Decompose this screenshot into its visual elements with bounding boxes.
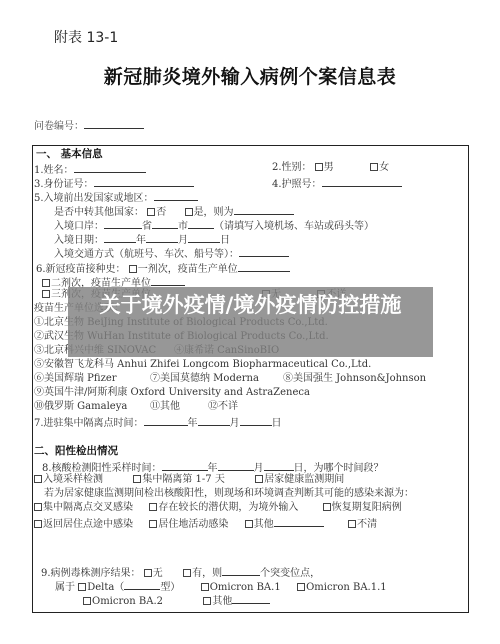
transit-yes-checkbox[interactable] (185, 208, 193, 216)
manufacturer-option-7: ⑦美国莫德纳 Moderna (150, 373, 259, 385)
name-label: 1.姓名： (34, 165, 74, 176)
month-label: 月 (230, 418, 240, 429)
period-home-label: 居家健康监测期间 (264, 474, 344, 485)
name-field[interactable] (74, 162, 146, 173)
variant-other-label: 其他 (212, 596, 232, 607)
transit-yes-label: 是，则为 (194, 207, 234, 218)
sequencing-label: 9.病例毒株测序结果： (41, 568, 141, 579)
period-question: 日，为哪个时间段？ (294, 463, 384, 474)
month-label: 月 (178, 235, 188, 246)
manufacturer-option-10: ⑩俄罗斯 Gamaleya (34, 401, 127, 413)
variant-row1: 属于 Delta（型） Omicron BA.1 Omicron BA.1.1 (55, 579, 387, 594)
manufacturer-option-6: ⑥美国辉瑞 Pfizer (34, 373, 117, 385)
source-incubation-label: 存在较长的潜伏期，为境外输入 (158, 502, 298, 513)
variant-ba2-checkbox[interactable] (83, 597, 91, 605)
manufacturer-option-12: ⑫不详 (208, 401, 238, 413)
source-options-row1: 集中隔离点交叉感染 存在较长的潜伏期，为境外输入 恢复期复阳病例 (34, 502, 402, 514)
port-row: 入境口岸：省市（请填写入境机场、车站或码头等） (54, 218, 374, 233)
source-transit-label: 返回居住点途中感染 (43, 519, 133, 530)
day-label: 日 (272, 418, 282, 429)
source-unclear-label: 不清 (357, 519, 377, 530)
seq-yes-label: 有，则 (192, 568, 222, 579)
quarantine-row: 7.进驻集中隔离点时间：年月日 (34, 415, 282, 430)
questionnaire-number-field[interactable] (84, 118, 144, 129)
gender-male-label: 男 (324, 162, 334, 173)
source-cross-infection-label: 集中隔离点交叉感染 (43, 502, 133, 513)
port-note: （请填写入境机场、车站或码头等） (214, 221, 374, 232)
id-row: 3.身份证号： (34, 176, 194, 191)
belongs-label: 属于 (55, 582, 75, 593)
delta-close-label: 型） (160, 582, 180, 593)
questionnaire-number: 问卷编号： (34, 117, 144, 132)
source-repositive-label: 恢复期复阳病例 (332, 502, 402, 513)
city-label: 市 (178, 221, 188, 232)
month-label: 月 (254, 463, 264, 474)
year-label: 年 (136, 235, 146, 246)
manufacturer-option-8: ⑧美国强生 Johnson&Johnson (283, 373, 426, 385)
sample-time-row: 8.核酸检测阳性采样时间：年月日，为哪个时间段？ (42, 460, 384, 475)
mutation-label: 个突变位点， (260, 568, 320, 579)
id-number-field[interactable] (94, 176, 194, 187)
dose2-checkbox[interactable] (42, 279, 50, 287)
departure-label: 5.入境前出发国家或地区： (34, 193, 154, 204)
seq-yes-checkbox[interactable] (183, 569, 191, 577)
gender-male-checkbox[interactable] (315, 163, 323, 171)
variant-delta-checkbox[interactable] (78, 583, 86, 591)
period-quarantine-checkbox[interactable] (133, 475, 141, 483)
transit-country-field[interactable] (234, 204, 294, 215)
entry-month-field[interactable] (146, 232, 178, 243)
transport-row: 入境交通方式（航班号、车次、船号等）： (54, 246, 289, 261)
entry-date-label: 入境日期： (54, 235, 104, 246)
period-quarantine-label: 集中隔离第 1-7 天 (142, 474, 224, 485)
variant-other-field[interactable] (232, 593, 270, 604)
day-label: 日 (220, 235, 230, 246)
source-cross-infection-checkbox[interactable] (34, 503, 42, 511)
home-monitoring-note: 若为居家健康监测期间检出核酸阳性，则现场和环境调查判断其可能的感染来源为： (44, 488, 414, 500)
dose2-manufacturer-field[interactable] (151, 275, 185, 286)
seq-none-label: 无 (153, 568, 163, 579)
manufacturer-option-11: ⑪其他 (150, 401, 180, 413)
port-label: 入境口岸： (54, 221, 104, 232)
gender-row: 2.性别： 男 女 (272, 162, 389, 174)
document-title: 新冠肺炎境外输入病例个案信息表 (0, 62, 500, 89)
section-basic-info-heading: 一、 基本信息 (36, 148, 103, 160)
year-label: 年 (188, 418, 198, 429)
sample-month-field[interactable] (218, 460, 254, 471)
caption-overlay: 关于境外疫情/境外疫情防控措施 (68, 287, 433, 357)
port-name-field[interactable] (188, 218, 214, 229)
sample-time-label: 8.核酸检测阳性采样时间： (42, 463, 162, 474)
caption-title: 关于境外疫情/境外疫情防控措施 (68, 291, 433, 320)
variant-other-checkbox[interactable] (203, 597, 211, 605)
passport-label: 4.护照号： (272, 179, 322, 190)
transit-no-checkbox[interactable] (147, 208, 155, 216)
quarantine-day-field[interactable] (240, 415, 272, 426)
delta-label: Delta（ (87, 582, 124, 593)
dose3-checkbox[interactable] (42, 290, 50, 298)
entry-date-row: 入境日期：年月日 (54, 232, 230, 247)
seq-none-checkbox[interactable] (144, 569, 152, 577)
source-other-field[interactable] (274, 516, 324, 527)
sample-year-field[interactable] (162, 460, 208, 471)
source-options-row2: 返回居住点途中感染 居住地活动感染 其他 不清 (34, 516, 377, 531)
source-incubation-checkbox[interactable] (149, 503, 157, 511)
vaccine-row: 6.新冠疫苗接种史： 一剂次，疫苗生产单位 (36, 261, 290, 276)
source-residence-label: 居住地活动感染 (158, 519, 228, 530)
departure-field[interactable] (154, 190, 198, 201)
variant-row2: Omicron BA.2 其他 (83, 593, 270, 608)
entry-year-field[interactable] (104, 232, 136, 243)
departure-row: 5.入境前出发国家或地区： (34, 190, 198, 205)
ba11-label: Omicron BA.1.1 (306, 582, 387, 593)
vaccine-label: 6.新冠疫苗接种史： (36, 264, 126, 275)
passport-row: 4.护照号： (272, 176, 402, 191)
dose1-manufacturer-field[interactable] (238, 261, 290, 272)
period-options-row: 入境采样检测 集中隔离第 1-7 天 居家健康监测期间 (34, 474, 344, 486)
source-repositive-checkbox[interactable] (323, 503, 331, 511)
period-entry-label: 入境采样检测 (43, 474, 103, 485)
id-label: 3.身份证号： (34, 179, 94, 190)
questionnaire-number-label: 问卷编号： (34, 121, 84, 132)
entry-day-field[interactable] (188, 232, 220, 243)
gender-female-checkbox[interactable] (370, 163, 378, 171)
quarantine-year-field[interactable] (144, 415, 188, 426)
dose1-checkbox[interactable] (129, 265, 137, 273)
variant-ba1-checkbox[interactable] (201, 583, 209, 591)
gender-female-label: 女 (379, 162, 389, 173)
variant-ba11-checkbox[interactable] (297, 583, 305, 591)
port-city-field[interactable] (152, 218, 178, 229)
appendix-label: 附表 13-1 (54, 27, 118, 47)
transport-label: 入境交通方式（航班号、车次、船号等）： (54, 249, 239, 260)
gender-label: 2.性别： (272, 162, 312, 173)
port-province-field[interactable] (104, 218, 142, 229)
source-unclear-checkbox[interactable] (348, 520, 356, 528)
period-home-checkbox[interactable] (255, 475, 263, 483)
period-entry-checkbox[interactable] (34, 475, 42, 483)
sequencing-row: 9.病例毒株测序结果： 无 有，则个突变位点， (41, 565, 320, 580)
source-other-label: 其他 (254, 519, 274, 530)
ba1-label: Omicron BA.1 (210, 582, 281, 593)
transport-field[interactable] (239, 246, 289, 257)
delta-type-field[interactable] (124, 579, 160, 590)
transit-row: 是否中转其他国家： 否 是，则为 (54, 204, 294, 219)
name-row: 1.姓名： (34, 162, 146, 177)
year-label: 年 (208, 463, 218, 474)
section-positive-heading: 二、阳性检出情况 (34, 445, 118, 457)
sample-day-field[interactable] (264, 460, 294, 471)
manufacturer-option-5: ⑤安徽智飞龙科马 Anhui Zhifei Longcom Biopharmac… (34, 359, 371, 371)
quarantine-label: 7.进驻集中隔离点时间： (34, 418, 144, 429)
quarantine-month-field[interactable] (198, 415, 230, 426)
province-label: 省 (142, 221, 152, 232)
source-residence-checkbox[interactable] (149, 520, 157, 528)
manufacturer-option-9: ⑨英国牛津/阿斯利康 Oxford University and AstraZe… (34, 387, 310, 399)
ba2-label: Omicron BA.2 (92, 596, 163, 607)
source-transit-checkbox[interactable] (34, 520, 42, 528)
mutation-count-field[interactable] (222, 565, 260, 576)
transit-label: 是否中转其他国家： (54, 207, 144, 218)
transit-no-label: 否 (156, 207, 166, 218)
source-other-checkbox[interactable] (245, 520, 253, 528)
passport-field[interactable] (322, 176, 402, 187)
dose1-label: 一剂次，疫苗生产单位 (138, 264, 238, 275)
